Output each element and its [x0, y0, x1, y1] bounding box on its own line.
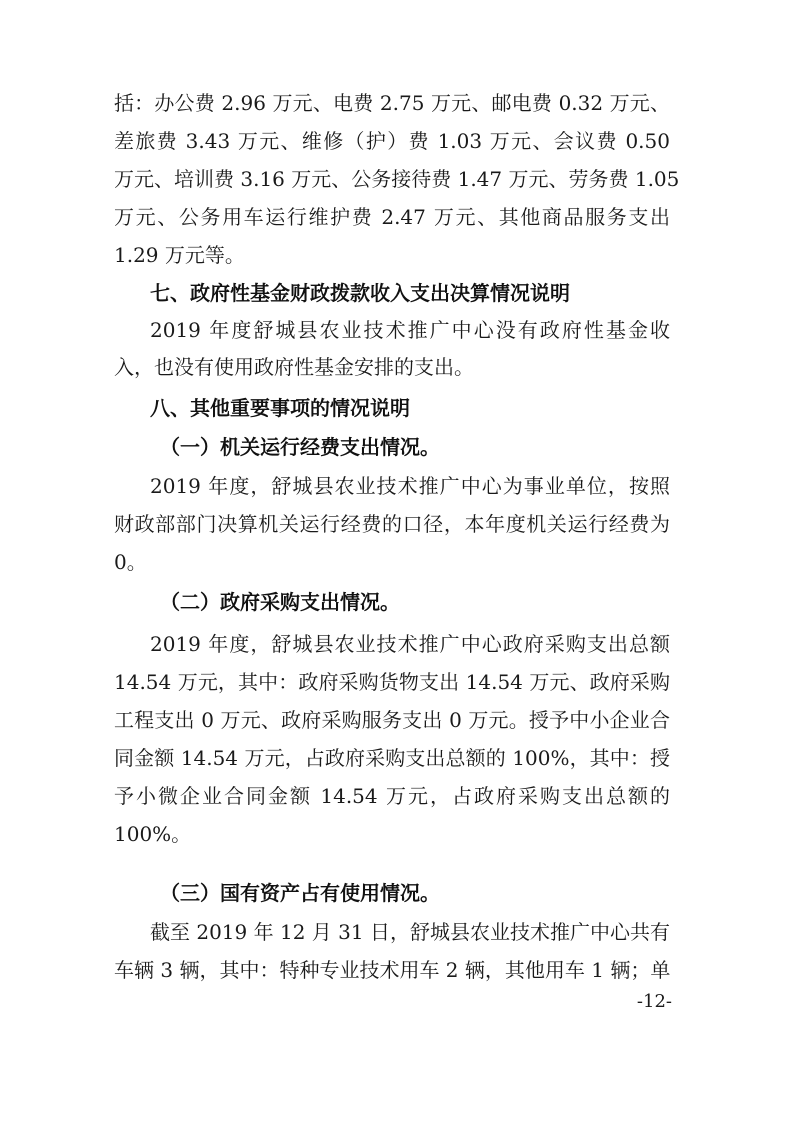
paragraph-line: 0。: [114, 550, 670, 574]
paragraph-line: 车辆 3 辆，其中：特种专业技术用车 2 辆，其他用车 1 辆；单: [114, 958, 670, 982]
paragraph-line: 财政部部门决算机关运行经费的口径，本年度机关运行经费为: [114, 512, 670, 536]
paragraph-line: 同金额 14.54 万元，占政府采购支出总额的 100%，其中：授: [114, 746, 670, 770]
subsection-heading-2: （二）政府采购支出情况。: [160, 590, 670, 614]
paragraph-line: 括：办公费 2.96 万元、电费 2.75 万元、邮电费 0.32 万元、: [114, 91, 670, 115]
subsection-heading-1: （一）机关运行经费支出情况。: [160, 435, 670, 459]
paragraph-line: 工程支出 0 万元、政府采购服务支出 0 万元。授予中小企业合: [114, 708, 670, 732]
paragraph-line: 入，也没有使用政府性基金安排的支出。: [114, 355, 670, 379]
paragraph-line: 14.54 万元，其中：政府采购货物支出 14.54 万元、政府采购: [114, 670, 670, 694]
paragraph-line: 万元、公务用车运行维护费 2.47 万元、其他商品服务支出: [114, 205, 670, 229]
paragraph-line: 2019 年度，舒城县农业技术推广中心政府采购支出总额: [150, 632, 670, 656]
section-heading-8: 八、其他重要事项的情况说明: [150, 396, 670, 420]
document-page: 括：办公费 2.96 万元、电费 2.75 万元、邮电费 0.32 万元、 差旅…: [0, 0, 793, 1122]
page-number: -12-: [628, 991, 672, 1013]
paragraph-line: 予小微企业合同金额 14.54 万元，占政府采购支出总额的: [114, 784, 670, 808]
paragraph-line: 万元、培训费 3.16 万元、公务接待费 1.47 万元、劳务费 1.05: [114, 167, 670, 191]
section-heading-7: 七、政府性基金财政拨款收入支出决算情况说明: [150, 281, 670, 305]
paragraph-line: 2019 年度舒城县农业技术推广中心没有政府性基金收: [150, 318, 670, 342]
subsection-heading-3: （三）国有资产占有使用情况。: [160, 881, 670, 905]
paragraph-line: 2019 年度，舒城县农业技术推广中心为事业单位，按照: [150, 474, 670, 498]
paragraph-line: 差旅费 3.43 万元、维修（护）费 1.03 万元、会议费 0.50: [114, 129, 670, 153]
paragraph-line: 1.29 万元等。: [114, 243, 670, 267]
paragraph-line: 100%。: [114, 822, 670, 846]
paragraph-line: 截至 2019 年 12 月 31 日，舒城县农业技术推广中心共有: [150, 920, 670, 944]
